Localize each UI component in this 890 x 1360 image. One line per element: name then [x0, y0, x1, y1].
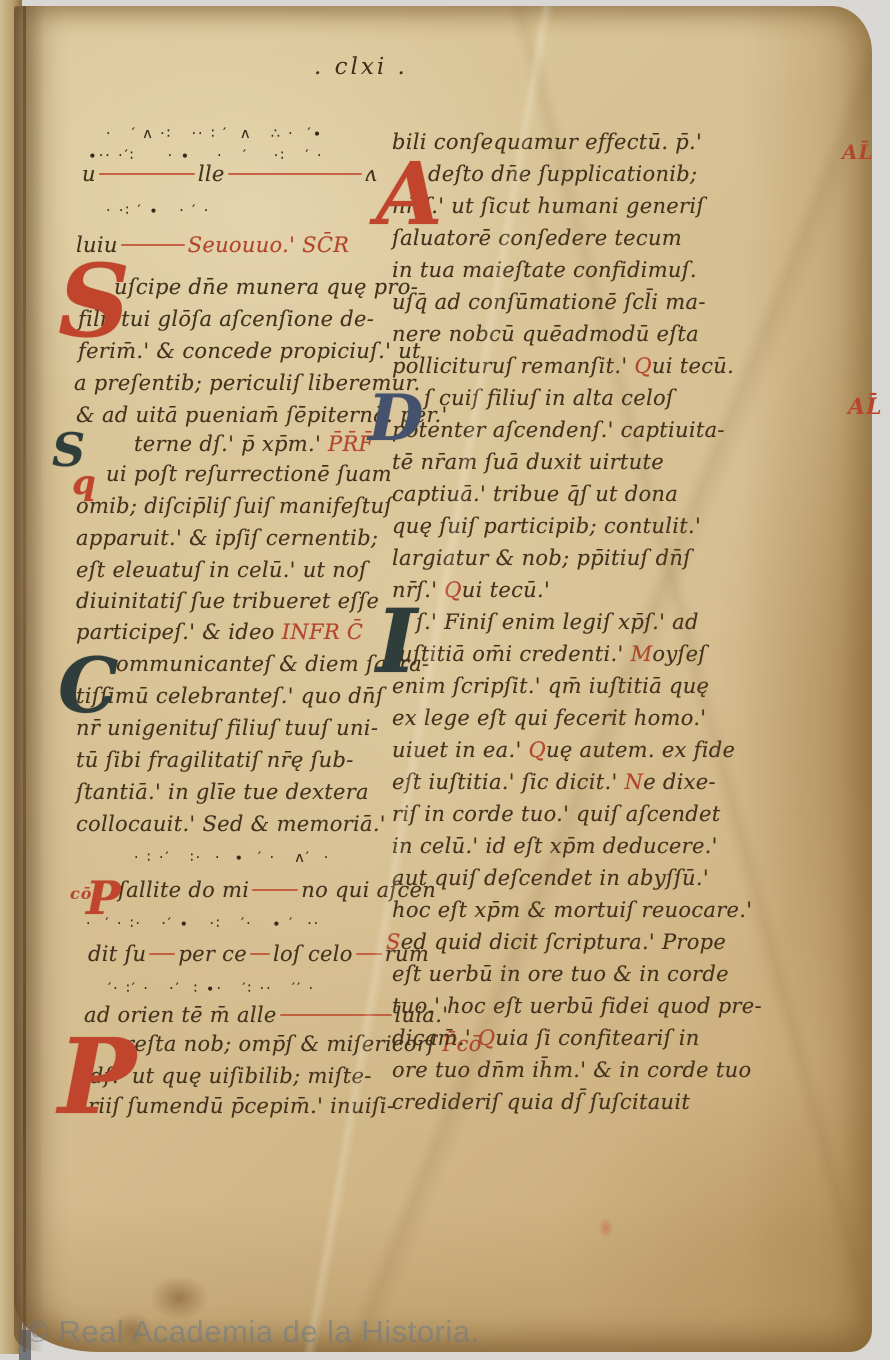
- neume-notation-row: · ′ · ∶· ·′ ∙ ·∶ ′· ∙ ′ ··: [86, 916, 320, 932]
- manuscript-line: uſcipe dn̄e munera quę pro-: [114, 277, 418, 298]
- text-segment: captiuā.' tribue q̄ſ ut dona: [392, 482, 678, 506]
- manuscript-line: riſ in corde tuo.' quiſ aſcendet: [392, 804, 721, 825]
- text-segment: dit ſu: [88, 942, 146, 966]
- text-segment: ʌ: [365, 162, 377, 186]
- rubric-text: INFR C̄: [282, 620, 364, 644]
- text-segment: omib; diſcip̄liſ ſuiſ manifeſtuſ: [76, 494, 392, 518]
- chant-extension-line: [252, 889, 298, 892]
- initial-is: I: [376, 602, 417, 681]
- text-segment: u: [82, 162, 96, 186]
- manuscript-line: ulleʌ: [82, 164, 377, 185]
- text-segment: eſt eleuatuſ in celū.' ut noſ: [76, 558, 367, 582]
- text-segment: enim ſcripſit.' qm̄ iuſtitiā quę: [392, 674, 709, 698]
- manuscript-line: aut quiſ deſcendet in abyſſū.': [392, 868, 709, 889]
- neume-notation-row: · ∶ ·′ ∶· · ∙ ′ · ʌ′ ·: [134, 850, 330, 866]
- chant-extension-line: [228, 173, 362, 176]
- text-segment: terne dſ.' p̄ xp̄m.': [134, 432, 328, 456]
- manuscript-line: ore tuo dn̄m ih̄m.' & in corde tuo: [392, 1060, 751, 1081]
- rubric-text: S: [386, 930, 401, 954]
- initial-suscipe: S: [58, 256, 130, 346]
- initial-adesto: A: [376, 156, 443, 233]
- manuscript-line: Sed quid dicit ſcriptura.' Prope: [386, 932, 726, 953]
- text-segment: hoc eſt xp̄m & mortuiſ reuocare.': [392, 898, 752, 922]
- text-segment: e dixe-: [643, 770, 716, 794]
- text-segment: tū ſibi fragilitatiſ nr̄ę ſub-: [76, 748, 354, 772]
- text-segment: ui tecū.': [462, 578, 550, 602]
- text-segment: diuinitatiſ ſue tribueret eſſe: [76, 589, 379, 613]
- text-segment: uſq̄ ad conſūmationē ſcl̄i ma-: [392, 290, 706, 314]
- manuscript-line: uiuet in ea.' Quę autem. ex fide: [392, 740, 735, 761]
- manuscript-line: eſt uerbū in ore tuo & in corde: [392, 964, 729, 985]
- text-segment: tiſſimū celebranteſ.' quo dn̄ſ: [76, 684, 384, 708]
- rubric-text: Seuouuo.': [188, 233, 295, 257]
- text-segment: aut quiſ deſcendet in abyſſū.': [392, 866, 709, 890]
- manuscript-line: largiatur & nob; pp̄itiuſ dn̄ſ: [392, 548, 691, 569]
- manuscript-line: uſq̄ ad conſūmationē ſcl̄i ma-: [392, 292, 706, 313]
- initial-communicantes: C: [58, 652, 119, 720]
- manuscript-line: omib; diſcip̄liſ ſuiſ manifeſtuſ: [76, 496, 392, 517]
- manuscript-line: captiuā.' tribue q̄ſ ut dona: [392, 484, 678, 505]
- manuscript-line: ex lege eſt qui fecerit homo.': [392, 708, 706, 729]
- parchment-page: . clxi . ulleʌluiuSeuouuo.' SC̄Ruſcipe d…: [14, 6, 872, 1352]
- initial-deus: D: [368, 390, 424, 448]
- text-segment: ui tecū.: [652, 354, 734, 378]
- manuscript-line: ſ.' Finiſ enim legiſ xp̄ſ.' ad: [416, 612, 699, 633]
- text-segment: uę autem. ex fide: [546, 738, 735, 762]
- manuscript-line: deſto dn̄e ſupplicationib;: [428, 164, 697, 185]
- manuscript-line: ſtantiā.' in glīe tue dextera: [76, 782, 369, 803]
- text-segment: in celū.' id eſt xp̄m deducere.': [392, 834, 718, 858]
- text-segment: iuſtitiā om̄i credenti.': [392, 642, 631, 666]
- manuscript-scan: . clxi . ulleʌluiuSeuouuo.' SC̄Ruſcipe d…: [0, 0, 890, 1360]
- text-segment: ſ cuiſ filiuſ in alta celoſ: [424, 386, 674, 410]
- text-segment: oyſeſ: [652, 642, 706, 666]
- text-segment: per ce: [178, 942, 247, 966]
- text-segment: tuo.' hoc eſt uerbū fidei quod pre-: [392, 994, 762, 1018]
- text-segment: ore tuo dn̄m ih̄m.' & in corde tuo: [392, 1058, 751, 1082]
- manuscript-line: tuo.' hoc eſt uerbū fidei quod pre-: [392, 996, 762, 1017]
- text-segment: uiuet in ea.': [392, 738, 529, 762]
- text-segment: tē nr̄am ſuā duxit uirtute: [392, 450, 664, 474]
- manuscript-line: tē nr̄am ſuā duxit uirtute: [392, 452, 664, 473]
- folio-number: . clxi .: [314, 54, 408, 80]
- manuscript-line: enim ſcripſit.' qm̄ iuſtitiā quę: [392, 676, 709, 697]
- text-segment: quę ſuiſ participib; contulit.': [392, 514, 701, 538]
- rubric-alia-1: AL̄: [842, 140, 874, 164]
- manuscript-line: pollicituruſ remanſit.' Qui tecū.: [392, 356, 734, 377]
- text-segment: ſtantiā.' in glīe tue dextera: [76, 780, 369, 804]
- text-segment: ex lege eſt qui fecerit homo.': [392, 706, 706, 730]
- manuscript-line: apparuit.' & ipſiſ cernentib;: [76, 528, 378, 549]
- manuscript-line: eſt iuſtitia.' ſic dicit.' Ne dixe-: [392, 772, 716, 793]
- manuscript-line: hoc eſt xp̄m & mortuiſ reuocare.': [392, 900, 752, 921]
- text-segment: in tua maieſtate confidimuſ.: [392, 258, 697, 282]
- manuscript-line: in tua maieſtate confidimuſ.: [392, 260, 697, 281]
- text-segment: collocauit.' Sed & memoriā.': [76, 812, 386, 836]
- text-segment: potenter aſcendenſ.' captiuita-: [392, 418, 725, 442]
- rubric-text: M: [631, 642, 653, 666]
- manuscript-line: tiſſimū celebranteſ.' quo dn̄ſ: [76, 686, 384, 707]
- text-segment: apparuit.' & ipſiſ cernentib;: [76, 526, 378, 550]
- chant-extension-line: [250, 953, 270, 956]
- rubric-text: Q: [529, 738, 547, 762]
- text-segment: nr̄ unigenituſ filiuſ tuuſ uni-: [76, 716, 378, 740]
- text-segment: ſallite do mi: [118, 878, 249, 902]
- text-segment: loſ celo: [273, 942, 353, 966]
- manuscript-line: credideriſ quia dſ̄ ſuſcitauit: [392, 1092, 690, 1113]
- text-segment: ed quid dicit ſcriptura.' Prope: [401, 930, 726, 954]
- rubric-communio: cō: [70, 884, 92, 903]
- text-segment: eſt uerbū in ore tuo & in corde: [392, 962, 729, 986]
- text-segment: reſta nob; omp̄ſ & miſericorſ: [124, 1032, 435, 1056]
- manuscript-line: nere nobcū quēadmodū eſta: [392, 324, 699, 345]
- rubric-text: P̄R̄F̄: [328, 432, 373, 456]
- text-segment: uſcipe dn̄e munera quę pro-: [114, 275, 418, 299]
- chant-extension-line: [121, 244, 185, 247]
- text-segment: credideriſ quia dſ̄ ſuſcitauit: [392, 1090, 690, 1114]
- rubric-text: Q: [634, 354, 652, 378]
- manuscript-line: in celū.' id eſt xp̄m deducere.': [392, 836, 718, 857]
- text-segment: riſ in corde tuo.' quiſ aſcendet: [392, 802, 721, 826]
- manuscript-line: dicam̄.' Quia ſi confiteariſ in: [392, 1028, 700, 1049]
- chant-extension-line: [280, 1014, 392, 1017]
- manuscript-line: dit ſuper celoſ celorum: [88, 944, 429, 965]
- text-segment: lle: [198, 162, 225, 186]
- manuscript-line: ſallite do mino qui aſcen: [118, 880, 436, 901]
- neume-notation-row: ∙·· ·′∶ · ∙ · ′ ·∶ ′ ·: [88, 148, 323, 164]
- rubric-text: N: [625, 770, 644, 794]
- manuscript-line: diuinitatiſ ſue tribueret eſſe: [76, 591, 379, 612]
- rubric-text: SC̄R: [295, 233, 349, 257]
- manuscript-line: participeſ.' & ideo INFR C̄: [76, 622, 363, 643]
- rubric-text: Q: [444, 578, 462, 602]
- text-segment: eſt iuſtitia.' ſic dicit.': [392, 770, 625, 794]
- chant-extension-line: [149, 953, 175, 956]
- text-segment: largiatur & nob; pp̄itiuſ dn̄ſ: [392, 546, 691, 570]
- chant-extension-line: [356, 953, 382, 956]
- text-segment: dicam̄.': [392, 1026, 478, 1050]
- text-segment: ui poſt reſurrectionē ſuam: [106, 462, 392, 486]
- text-segment: deſto dn̄e ſupplicationib;: [428, 162, 697, 186]
- text-segment: nere nobcū quēadmodū eſta: [392, 322, 699, 346]
- text-segment: ſ.' Finiſ enim legiſ xp̄ſ.' ad: [416, 610, 699, 634]
- rubric-alia-2: AL̄: [848, 394, 883, 420]
- binding-gutter: [14, 6, 44, 1352]
- manuscript-line: nr̄ unigenituſ filiuſ tuuſ uni-: [76, 718, 378, 739]
- neume-notation-row: ′· ∶′ · ·′ ∶ ∙· ′∶ ·· ′′ ·: [108, 981, 315, 997]
- manuscript-line: collocauit.' Sed & memoriā.': [76, 814, 386, 835]
- initial-presta: P: [58, 1030, 136, 1124]
- manuscript-line: eſt eleuatuſ in celū.' ut noſ: [76, 560, 367, 581]
- manuscript-line: ui poſt reſurrectionē ſuam: [106, 464, 392, 485]
- rubric-text: Q: [478, 1026, 496, 1050]
- manuscript-line: quę ſuiſ participib; contulit.': [392, 516, 701, 537]
- text-segment: pollicituruſ remanſit.': [392, 354, 634, 378]
- initial-qui: q: [72, 468, 96, 499]
- manuscript-line: iuſtitiā om̄i credenti.' Moyſeſ: [392, 644, 706, 665]
- copyright-watermark: © Real Academia de la Historia.: [26, 1314, 480, 1350]
- chant-extension-line: [99, 173, 195, 176]
- manuscript-line: ſ cuiſ filiuſ in alta celoſ: [424, 388, 674, 409]
- manuscript-line: tū ſibi fragilitatiſ nr̄ę ſub-: [76, 750, 354, 771]
- neume-notation-row: · ′ ʌ ·∶ ·· ∶ ′ ʌ ∴ · ′∙: [106, 126, 323, 142]
- manuscript-line: terne dſ.' p̄ xp̄m.' P̄R̄F̄: [134, 434, 373, 455]
- manuscript-line: potenter aſcendenſ.' captiuita-: [392, 420, 725, 441]
- text-segment: uia ſi confiteariſ in: [495, 1026, 699, 1050]
- neume-notation-row: · ·∶ ′ ∙ · ′ ·: [106, 203, 210, 219]
